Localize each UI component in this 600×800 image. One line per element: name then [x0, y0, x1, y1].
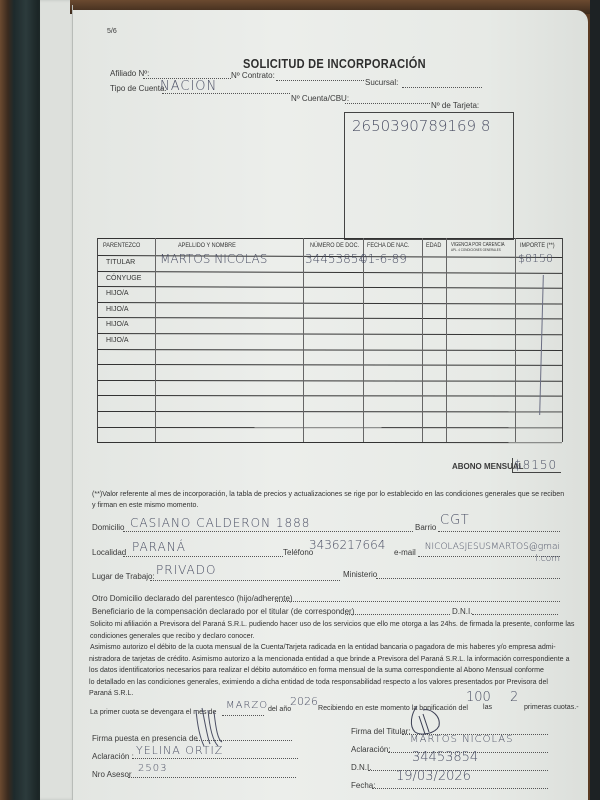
- table-row[interactable]: [97, 317, 562, 333]
- aclaracion-asesor-label: Aclaración :: [92, 752, 134, 761]
- note-line-2: y firman en este mismo momento.: [92, 500, 198, 510]
- email-label: e-mail: [394, 548, 416, 557]
- localidad-value: PARANÁ: [132, 540, 186, 554]
- aclaracion-asesor-value: YELINA ORTIZ: [136, 744, 223, 757]
- afiliado-label: Afiliado Nº:: [110, 69, 149, 78]
- nro-asesor-label: Nro Asesor: [92, 770, 132, 779]
- dni-beneficiario-field[interactable]: [472, 614, 558, 615]
- barrio-field[interactable]: [438, 531, 560, 532]
- row-importe: $8150: [518, 252, 553, 265]
- dni-titular-value: 34453854: [412, 750, 478, 765]
- telefono-value[interactable]: 3436217664: [309, 538, 385, 552]
- cuota-mes-value: MARZO: [226, 700, 268, 711]
- table-header-cell: FECHA DE NAC.: [367, 242, 409, 249]
- table-row[interactable]: [97, 364, 562, 380]
- dni-beneficiario-label: D.N.I.: [452, 607, 472, 616]
- legal-line: los datos identificatorios necesarios pa…: [89, 665, 544, 675]
- domicilio-field[interactable]: [123, 531, 413, 532]
- folder-edge: [590, 0, 600, 800]
- trabajo-value: PRIVADO: [156, 563, 216, 577]
- table-header-cell: EDAD: [426, 242, 441, 249]
- vigencia-subheader: APL. 4 CONDICIONES GENERALES: [451, 248, 501, 252]
- otro-domicilio-label: Otro Domicilio declarado del parentesco …: [92, 594, 293, 603]
- legal-line: condiciones generales que recibo y decla…: [90, 631, 255, 641]
- cuenta-cbu-field[interactable]: [345, 103, 430, 104]
- table-row[interactable]: [97, 395, 562, 411]
- aclaracion-titular-value: MARTOS NICOLAS: [410, 734, 513, 745]
- row-parentezco: CÓNYUGE: [106, 275, 141, 282]
- legal-line: lo detallado en las condiciones generale…: [89, 677, 548, 687]
- bonif-cuotas-value: 2: [510, 690, 519, 705]
- table-row[interactable]: [97, 302, 562, 318]
- aclaracion-asesor-field[interactable]: [132, 758, 298, 759]
- tipo-cuenta-label: Tipo de Cuenta:: [110, 84, 167, 93]
- row-parentezco: HIJO/A: [106, 290, 129, 297]
- beneficiario-field[interactable]: [345, 614, 450, 615]
- legal-line: Paraná S.R.L.: [89, 688, 133, 698]
- trabajo-label: Lugar de Trabajo:: [92, 572, 155, 581]
- table-header-cell: NÚMERO DE DOC.: [310, 242, 359, 249]
- nro-asesor-value: 2503: [138, 763, 167, 774]
- table-row[interactable]: [97, 380, 562, 396]
- sheet-edge: [72, 5, 73, 800]
- cuota-anio-value: 2026: [290, 695, 318, 708]
- bonif-suffix: primeras cuotas.-: [524, 702, 579, 712]
- table-header-cell: IMPORTE (**): [520, 242, 555, 249]
- nro-asesor-field[interactable]: [128, 777, 296, 778]
- email-value: NICOLASJESUSMARTOS@gmail.com: [420, 541, 560, 565]
- barrio-value: CGT: [440, 513, 470, 528]
- abono-value: $8150: [514, 458, 557, 472]
- row-doc: 34453854: [305, 252, 366, 266]
- legal-line: Asimismo autorizo el débito de la cuota …: [90, 642, 556, 652]
- table-row[interactable]: [97, 286, 562, 302]
- aclaracion-titular-label: Aclaración:: [351, 745, 391, 754]
- bonif-text: Recibiendo en este momento la bonificaci…: [318, 703, 468, 713]
- cuota-mes-field[interactable]: [222, 715, 264, 716]
- tarjeta-value: 2650390789169 8: [352, 117, 490, 135]
- ministerio-label: Ministerio: [343, 570, 377, 579]
- tipo-cuenta-value: NACION: [160, 79, 217, 94]
- tarjeta-label: Nº de Tarjeta:: [431, 101, 479, 110]
- table-header-cell: PARENTEZCO: [103, 242, 140, 249]
- table-row[interactable]: [97, 349, 562, 365]
- beneficiario-label: Beneficiario de la compensación declarad…: [92, 607, 354, 616]
- note-line-1: (**)Valor referente al mes de incorporac…: [92, 489, 564, 499]
- row-parentezco: HIJO/A: [106, 337, 129, 344]
- otro-domicilio-field[interactable]: [275, 601, 560, 602]
- legal-line: nistradora de tarjetas de crédito. Asimi…: [89, 654, 570, 664]
- sucursal-field[interactable]: [402, 87, 482, 88]
- table-row[interactable]: [97, 411, 562, 427]
- binder-spine: [0, 0, 44, 800]
- cuenta-cbu-label: Nº Cuenta/CBU:: [291, 94, 349, 103]
- localidad-field[interactable]: [123, 556, 283, 557]
- bonif-las: las: [483, 702, 492, 712]
- contrato-label: Nº Contrato:: [231, 71, 275, 80]
- fecha-value: 19/03/2026: [396, 769, 471, 784]
- domicilio-label: Domicilio: [92, 523, 124, 532]
- form-title: SOLICITUD DE INCORPORACIÓN: [243, 56, 426, 71]
- titular-signature: [405, 704, 445, 738]
- page-number: 5/6: [107, 28, 117, 35]
- contrato-field[interactable]: [276, 80, 364, 81]
- table-row[interactable]: [97, 427, 562, 443]
- table-header-cell: APELLIDO Y NOMBRE: [178, 242, 236, 249]
- firma-presencia-label: Firma puesta en presencia de: [92, 734, 198, 743]
- underlying-sheet: [40, 0, 75, 800]
- cuota-anio-label: del año: [268, 704, 291, 714]
- ministerio-field[interactable]: [376, 578, 560, 579]
- row-parentezco: HIJO/A: [106, 306, 129, 313]
- fecha-field[interactable]: [372, 788, 548, 789]
- legal-line: Solicito mi afiliación a Previsora del P…: [90, 619, 574, 629]
- table-border-top: [97, 238, 562, 239]
- table-col-line: [562, 238, 563, 442]
- row-parentezco: TITULAR: [106, 259, 135, 266]
- sucursal-label: Sucursal:: [365, 78, 398, 87]
- row-fecha: 01-6-89: [360, 252, 407, 266]
- row-parentezco: HIJO/A: [106, 321, 129, 328]
- table-row[interactable]: [97, 271, 562, 287]
- table-row[interactable]: [97, 333, 562, 349]
- row-nombre: MARTOS NICOLAS: [160, 252, 267, 266]
- domicilio-value: CASIANO CALDERON 1888: [130, 516, 310, 530]
- localidad-label: Localidad: [92, 548, 126, 557]
- barrio-label: Barrio: [415, 523, 436, 532]
- trabajo-field[interactable]: [150, 580, 340, 581]
